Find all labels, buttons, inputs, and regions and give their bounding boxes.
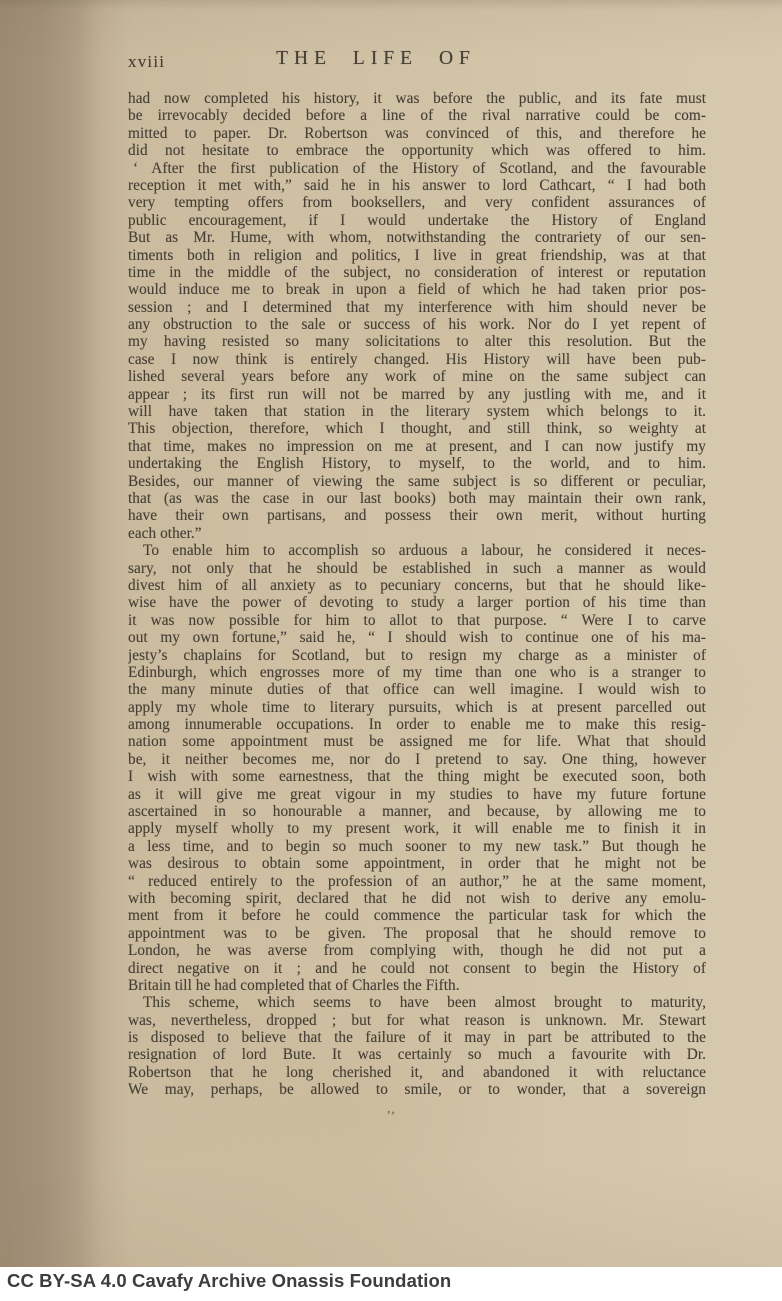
text-line: We may, perhaps, be allowed to smile, or… [128, 1081, 706, 1098]
text-block: had now completed his history, it was be… [128, 90, 706, 1099]
text-line: have their own partisans, and possess th… [128, 507, 706, 524]
text-line: Robertson that he long cherished it, and… [128, 1064, 706, 1081]
running-title: THE LIFE OF [87, 48, 665, 70]
text-line: is disposed to believe that the failure … [128, 1029, 706, 1046]
paragraph: ‘ After the first publication of the His… [128, 160, 706, 543]
text-line: mitted to paper. Dr. Robertson was convi… [128, 125, 706, 142]
paragraph: To enable him to accomplish so arduous a… [128, 542, 706, 994]
text-line: lished several years before any work of … [128, 368, 706, 385]
text-line: a less time, and to begin so much sooner… [128, 838, 706, 855]
text-line: very tempting offers from booksellers, a… [128, 194, 706, 211]
text-line: undertaking the English History, to myse… [128, 455, 706, 472]
license-attribution-text: CC BY-SA 4.0 Cavafy Archive Onassis Foun… [7, 1270, 451, 1292]
text-line: public encouragement, if I would underta… [128, 212, 706, 229]
text-line: apply my whole time to literary pursuits… [128, 699, 706, 716]
text-line: with becoming spirit, declared that he d… [128, 890, 706, 907]
text-line: London, he was averse from complying wit… [128, 942, 706, 959]
text-line: reception it met with,” said he in his a… [128, 177, 706, 194]
text-line: had now completed his history, it was be… [128, 90, 706, 107]
text-line: the many minute duties of that office ca… [128, 681, 706, 698]
paragraph: had now completed his history, it was be… [128, 90, 706, 160]
text-line: jesty’s chaplains for Scotland, but to r… [128, 647, 706, 664]
text-line: session ; and I determined that my inter… [128, 299, 706, 316]
text-line: To enable him to accomplish so arduous a… [128, 542, 706, 559]
text-line: Besides, our manner of viewing the same … [128, 473, 706, 490]
text-line: nation some appointment must be assigned… [128, 733, 706, 750]
text-line: ascertained in so honourable a manner, a… [128, 803, 706, 820]
text-line: would induce me to break in upon a field… [128, 281, 706, 298]
text-line: will have taken that station in the lite… [128, 403, 706, 420]
text-line: But as Mr. Hume, with whom, notwithstand… [128, 229, 706, 246]
text-line: timents both in religion and politics, I… [128, 247, 706, 264]
text-line: as it will give me great vigour in my st… [128, 786, 706, 803]
text-line: case I now think is entirely changed. Hi… [128, 351, 706, 368]
text-line: each other.” [128, 525, 706, 542]
text-line: be irrevocably decided before a line of … [128, 107, 706, 124]
text-line: that time, makes no impression on me at … [128, 438, 706, 455]
text-line: resignation of lord Bute. It was certain… [128, 1046, 706, 1063]
text-line: Edinburgh, which engrosses more of my ti… [128, 664, 706, 681]
text-line: my having resisted so many solicitations… [128, 333, 706, 350]
text-line: it was now possible for him to allot to … [128, 612, 706, 629]
text-line: “ reduced entirely to the profession of … [128, 873, 706, 890]
text-line: Britain till he had completed that of Ch… [128, 977, 706, 994]
text-line: ‘ After the first publication of the His… [128, 160, 706, 177]
text-line: any obstruction to the sale or success o… [128, 316, 706, 333]
text-line: out my own fortune,” said he, “ I should… [128, 629, 706, 646]
text-line: direct negative on it ; and he could not… [128, 960, 706, 977]
text-line: I wish with some earnestness, that the t… [128, 768, 706, 785]
text-line: among innumerable occupations. In order … [128, 716, 706, 733]
page-header: xviii THE LIFE OF [128, 48, 706, 74]
text-line: was, nevertheless, dropped ; but for wha… [128, 1012, 706, 1029]
text-line: ment from it before he could commence th… [128, 907, 706, 924]
text-line: appear ; its first run will not be marre… [128, 386, 706, 403]
text-line: was desirous to obtain some appointment,… [128, 855, 706, 872]
text-line: time in the middle of the subject, no co… [128, 264, 706, 281]
text-line: be, it neither becomes me, nor do I pret… [128, 751, 706, 768]
text-line: This scheme, which seems to have been al… [128, 994, 706, 1011]
text-line: that (as was the case in our last books)… [128, 490, 706, 507]
paragraph: This scheme, which seems to have been al… [128, 994, 706, 1098]
text-line: apply myself wholly to my present work, … [128, 820, 706, 837]
text-line: This objection, therefore, which I thoug… [128, 420, 706, 437]
text-line: divest him of all anxiety as to pecuniar… [128, 577, 706, 594]
text-line: sary, not only that he should be establi… [128, 560, 706, 577]
text-line: did not hesitate to embrace the opportun… [128, 142, 706, 159]
text-line: appointment was to be given. The proposa… [128, 925, 706, 942]
attribution-bar: CC BY-SA 4.0 Cavafy Archive Onassis Foun… [0, 1267, 782, 1301]
scanned-book-page: xviii THE LIFE OF had now completed his … [0, 0, 782, 1301]
text-line: wise have the power of devoting to study… [128, 594, 706, 611]
